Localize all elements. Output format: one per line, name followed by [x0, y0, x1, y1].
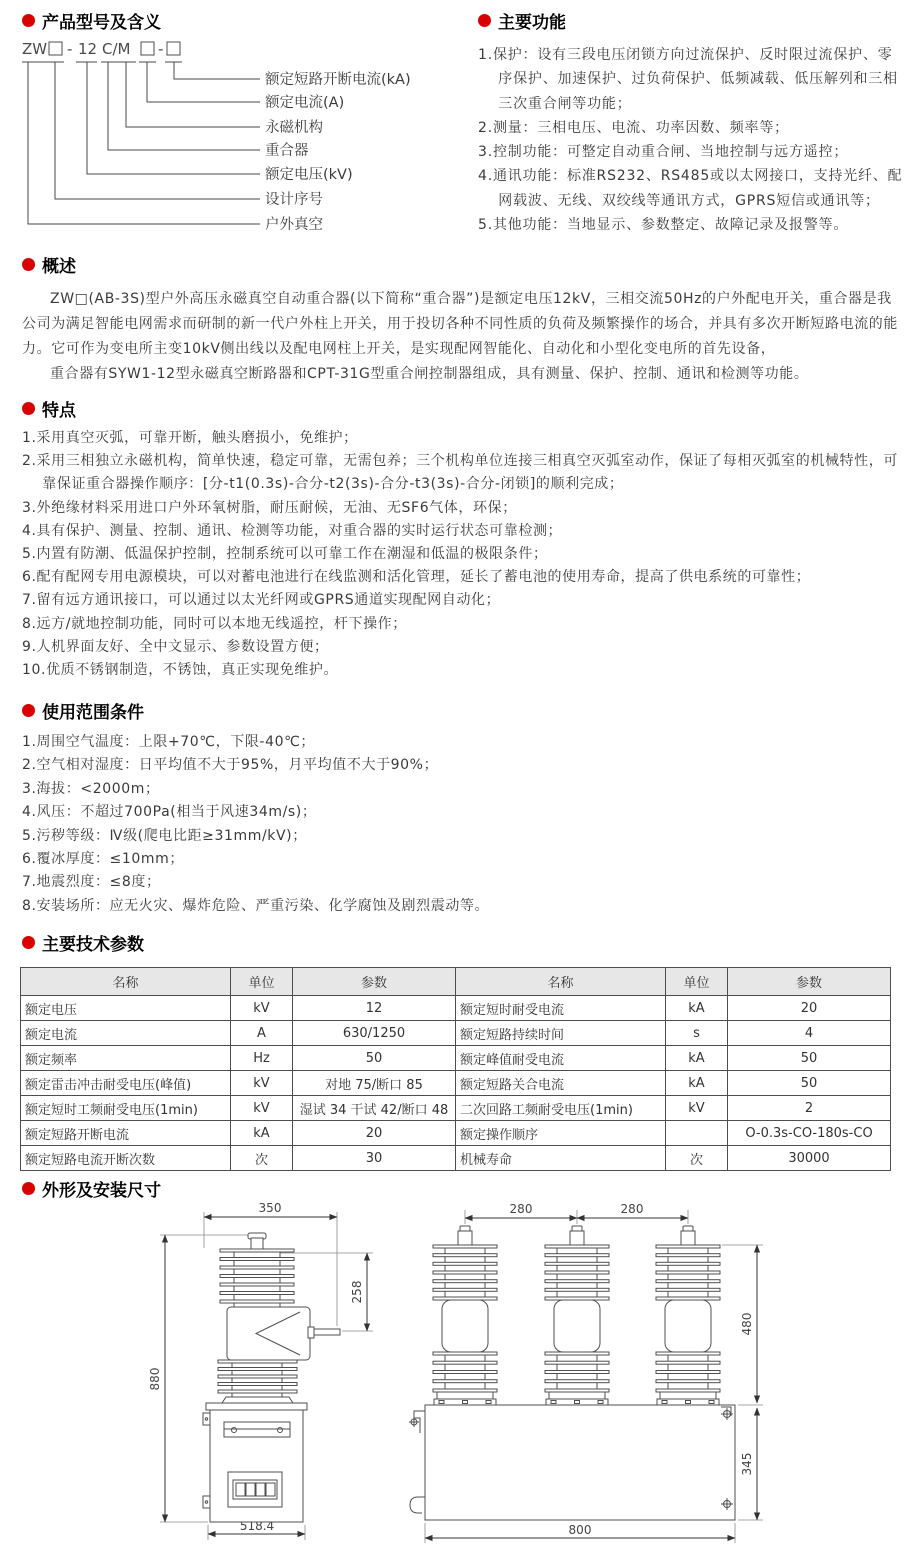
section-overview: 概述 ZW□(AB-3S)型户外高压永磁真空自动重合器(以下简称“重合器”)是额…	[22, 252, 900, 387]
model-label: 永磁机构	[265, 118, 323, 136]
table-row: 额定短路开断电流kA20额定操作顺序O-0.3s-CO-180s-CO	[21, 1121, 891, 1146]
table-row: 额定短路电流开断次数次30机械寿命次30000	[21, 1146, 891, 1171]
list-item: 5.其他功能：当地显示、参数整定、故障记录及报警等。	[478, 213, 906, 237]
section-params: 主要技术参数 名称单位参数名称单位参数 额定电压kV12额定短时耐受电流kA20…	[20, 930, 892, 1171]
table-cell: 2	[728, 1096, 891, 1121]
table-cell: 湿试 34 干试 42/断口 48	[293, 1096, 456, 1121]
table-cell: 额定雷击冲击耐受电压(峰值)	[21, 1071, 231, 1096]
section-features: 特点 1.采用真空灭弧，可靠开断，触头磨损小，免维护；2.采用三相独立永磁机构，…	[22, 396, 904, 682]
list-item: 3.外绝缘材料采用进口户外环氧树脂，耐压耐候，无油、无SF6气体，环保；	[22, 497, 904, 520]
model-leader-lines	[28, 62, 260, 224]
bullet-icon	[478, 14, 491, 27]
section-functions-title: 主要功能	[478, 8, 906, 33]
model-label: 额定电流(A)	[265, 93, 344, 111]
rod-nut	[308, 1327, 314, 1338]
section-dims-title: 外形及安装尺寸	[22, 1176, 902, 1201]
box-flange	[206, 1403, 307, 1410]
table-cell: 4	[728, 1021, 891, 1046]
model-label: 设计序号	[265, 191, 323, 208]
table-cell: kA	[231, 1121, 293, 1146]
table-cell: 50	[728, 1071, 891, 1096]
base-collar	[222, 1397, 293, 1403]
tech-params-table: 名称单位参数名称单位参数 额定电压kV12额定短时耐受电流kA20额定电流A63…	[20, 967, 891, 1171]
list-item: 4.通讯功能：标准RS232、RS485或以太网接口，支持光纤、配网载波、无线、…	[478, 164, 906, 213]
table-row: 额定雷击冲击耐受电压(峰值)kV对地 75/断口 85额定短路关合电流kA50	[21, 1071, 891, 1096]
table-cell: 额定电流	[21, 1021, 231, 1046]
section-functions: 主要功能 1.保护：设有三段电压闭锁方向过流保护、反时限过流保护、零序保护、加速…	[478, 8, 906, 237]
dim-label-pole-height: 258	[350, 1281, 364, 1304]
conditions-list: 1.周围空气温度：上限+70℃，下限-40℃；2.空气相对湿度：日平均值不大于9…	[22, 731, 902, 918]
section-model: 产品型号及含义 ZW - 12 C/M - 额定短路开断电流(kA) 额定电流(…	[22, 8, 458, 248]
dim-label-box-width: 800	[569, 1523, 592, 1537]
list-item: 1.采用真空灭弧，可靠开断，触头磨损小，免维护；	[22, 427, 904, 450]
model-sep2: -	[158, 40, 163, 58]
table-cell: 二次回路工频耐受电压(1min)	[456, 1096, 666, 1121]
table-cell	[666, 1121, 728, 1146]
section-title-text: 主要功能	[498, 8, 566, 33]
list-item: 7.留有远方通讯接口，可以通过以太光纤网或GPRS通道实现配网自动化；	[22, 589, 904, 612]
section-title-text: 主要技术参数	[42, 930, 144, 955]
table-cell: 额定短路电流开断次数	[21, 1146, 231, 1171]
door-hinges	[203, 1413, 210, 1508]
lower-insulator	[218, 1360, 297, 1397]
datasheet-page: { "accent_color": "#d80000", "model_sect…	[0, 0, 910, 1548]
section-model-title: 产品型号及含义	[22, 8, 458, 33]
pole-b	[545, 1226, 609, 1405]
table-cell: 额定峰值耐受电流	[456, 1046, 666, 1071]
placeholder-box	[167, 42, 180, 55]
table-cell: 30000	[728, 1146, 891, 1171]
table-cell: 额定短时耐受电流	[456, 996, 666, 1021]
list-item: 3.控制功能：可整定自动重合闸、当地控制与远方遥控；	[478, 140, 906, 164]
model-sep1: -	[67, 40, 72, 58]
list-item: 6.配有配网专用电源模块，可以对蓄电池进行在线监测和活化管理，延长了蓄电池的使用…	[22, 566, 904, 589]
nameplate-panel	[224, 1422, 290, 1437]
overview-paragraph: 重合器有SYW1-12型永磁真空断路器和CPT-31G型重合闸控制器组成，具有测…	[22, 362, 900, 387]
table-cell: kV	[231, 1071, 293, 1096]
upper-insulator	[220, 1249, 294, 1307]
model-diagram: ZW - 12 C/M - 额定短路开断电流(kA) 额定电流(A) 永磁机构 …	[22, 38, 458, 244]
placeholder-box	[49, 42, 62, 55]
model-label: 额定短路开断电流(kA)	[265, 70, 411, 88]
section-overview-title: 概述	[22, 252, 900, 277]
table-row: 额定频率Hz50额定峰值耐受电流kA50	[21, 1046, 891, 1071]
table-body: 额定电压kV12额定短时耐受电流kA20额定电流A630/1250额定短路持续时…	[21, 996, 891, 1171]
table-header-cell: 单位	[666, 968, 728, 996]
table-cell: 30	[293, 1146, 456, 1171]
table-cell: 50	[293, 1046, 456, 1071]
list-item: 4.风压：不超过700Pa(相当于风速34m/s)；	[22, 801, 902, 824]
list-item: 10.优质不锈钢制造，不锈蚀，真正实现免维护。	[22, 659, 904, 682]
table-cell: 630/1250	[293, 1021, 456, 1046]
mounting-bracket-bottom	[410, 1497, 425, 1513]
bullet-icon	[22, 704, 35, 717]
table-cell: 50	[728, 1046, 891, 1071]
table-cell: 额定短路开断电流	[21, 1121, 231, 1146]
table-cell: Hz	[231, 1046, 293, 1071]
functions-list: 1.保护：设有三段电压闭锁方向过流保护、反时限过流保护、零序保护、加速保护、过负…	[478, 43, 906, 237]
bullet-icon	[22, 258, 35, 271]
table-cell: 12	[293, 996, 456, 1021]
list-item: 5.污秽等级：Ⅳ级(爬电比距≥31mm/kV)；	[22, 825, 902, 848]
list-item: 2.测量：三相电压、电流、功率因数、频率等；	[478, 116, 906, 140]
section-params-title: 主要技术参数	[22, 930, 892, 955]
table-row: 额定电流A630/1250额定短路持续时间s4	[21, 1021, 891, 1046]
model-voltage: 12	[78, 40, 97, 58]
section-title-text: 特点	[42, 396, 76, 421]
operating-rod	[314, 1329, 340, 1335]
bullet-icon	[22, 14, 35, 27]
dim-label-pole-spacing-1: 280	[510, 1202, 533, 1216]
pole-a	[433, 1226, 497, 1405]
overview-paragraph: ZW□(AB-3S)型户外高压永磁真空自动重合器(以下简称“重合器”)是额定电压…	[22, 287, 900, 362]
mounting-bracket-top	[409, 1411, 425, 1433]
list-item: 4.具有保护、测量、控制、通讯、检测等功能，对重合器的实时运行状态可靠检测；	[22, 520, 904, 543]
list-item: 7.地震烈度：≤8度；	[22, 871, 902, 894]
model-prefix: ZW	[22, 40, 47, 58]
table-cell: s	[666, 1021, 728, 1046]
model-label: 重合器	[265, 142, 309, 159]
table-cell: 20	[728, 996, 891, 1021]
list-item: 5.内置有防潮、低温保护控制，控制系统可以可靠工作在潮湿和低温的极限条件；	[22, 543, 904, 566]
table-cell: 额定短路关合电流	[456, 1071, 666, 1096]
table-header-cell: 名称	[456, 968, 666, 996]
top-terminal	[251, 1238, 263, 1249]
front-view-drawing: 280 280 480 345 800	[405, 1200, 780, 1546]
table-row: 额定电压kV12额定短时耐受电流kA20	[21, 996, 891, 1021]
section-title-text: 外形及安装尺寸	[42, 1176, 161, 1201]
recloser-front-body	[409, 1226, 735, 1520]
model-mech: C/M	[102, 40, 130, 58]
table-cell: 额定电压	[21, 996, 231, 1021]
table-header-cell: 参数	[293, 968, 456, 996]
dim-label-total-height: 880	[148, 1368, 162, 1391]
list-item: 1.周围空气温度：上限+70℃，下限-40℃；	[22, 731, 902, 754]
model-label: 额定电压(kV)	[265, 165, 353, 183]
section-dims: 外形及安装尺寸 350 880 258 518.4	[22, 1176, 902, 1546]
table-cell: kA	[666, 1071, 728, 1096]
display-window	[228, 1472, 282, 1507]
list-item: 8.远方/就地控制功能，同时可以本地无线遥控，杆下操作；	[22, 613, 904, 636]
table-cell: kV	[666, 1096, 728, 1121]
table-cell: 额定频率	[21, 1046, 231, 1071]
list-item: 6.覆冰厚度：≤10mm；	[22, 848, 902, 871]
section-title-text: 产品型号及含义	[42, 8, 161, 33]
bullet-icon	[22, 936, 35, 949]
dim-label-pole-spacing-2: 280	[621, 1202, 644, 1216]
table-cell: 次	[231, 1146, 293, 1171]
table-cell: 次	[666, 1146, 728, 1171]
table-cell: A	[231, 1021, 293, 1046]
table-header-cell: 单位	[231, 968, 293, 996]
table-row: 额定短时工频耐受电压(1min)kV湿试 34 干试 42/断口 48二次回路工…	[21, 1096, 891, 1121]
table-header-cell: 名称	[21, 968, 231, 996]
model-label: 户外真空	[265, 215, 323, 233]
recloser-side-body	[203, 1233, 340, 1522]
section-conditions: 使用范围条件 1.周围空气温度：上限+70℃，下限-40℃；2.空气相对湿度：日…	[22, 698, 902, 918]
dim-label-pole-height: 480	[740, 1313, 754, 1336]
table-header-row: 名称单位参数名称单位参数	[21, 968, 891, 996]
overview-text: ZW□(AB-3S)型户外高压永磁真空自动重合器(以下简称“重合器”)是额定电压…	[22, 287, 900, 387]
section-title-text: 使用范围条件	[42, 698, 144, 723]
list-item: 1.保护：设有三段电压闭锁方向过流保护、反时限过流保护、零序保护、加速保护、过负…	[478, 43, 906, 116]
table-cell: 额定短路持续时间	[456, 1021, 666, 1046]
section-features-title: 特点	[22, 396, 904, 421]
table-cell: 对地 75/断口 85	[293, 1071, 456, 1096]
section-conditions-title: 使用范围条件	[22, 698, 902, 723]
list-item: 8.安装场所：应无火灾、爆炸危险、严重污染、化学腐蚀及剧烈震动等。	[22, 895, 902, 918]
table-cell: kA	[666, 1046, 728, 1071]
table-cell: O-0.3s-CO-180s-CO	[728, 1121, 891, 1146]
bullet-icon	[22, 402, 35, 415]
table-cell: 额定短时工频耐受电压(1min)	[21, 1096, 231, 1121]
features-list: 1.采用真空灭弧，可靠开断，触头磨损小，免维护；2.采用三相独立永磁机构，简单快…	[22, 427, 904, 682]
table-cell: 机械寿命	[456, 1146, 666, 1171]
section-title-text: 概述	[42, 252, 76, 277]
dim-label-box-height: 345	[740, 1453, 754, 1476]
table-cell: kV	[231, 996, 293, 1021]
list-item: 3.海拔：<2000m；	[22, 778, 902, 801]
dim-label-top-width: 350	[259, 1201, 282, 1215]
table-cell: kV	[231, 1096, 293, 1121]
list-item: 2.空气相对湿度：日平均值不大于95%，月平均值不大于90%；	[22, 754, 902, 777]
table-cell: kA	[666, 996, 728, 1021]
placeholder-box	[141, 42, 154, 55]
list-item: 9.人机界面友好、全中文显示、参数设置方便；	[22, 636, 904, 659]
table-cell: 20	[293, 1121, 456, 1146]
table-header-cell: 参数	[728, 968, 891, 996]
list-item: 2.采用三相独立永磁机构，简单快速，稳定可靠，无需包养；三个机构单位连接三相真空…	[22, 450, 904, 496]
pole-c	[656, 1226, 720, 1405]
table-cell: 额定操作顺序	[456, 1121, 666, 1146]
control-box	[425, 1405, 735, 1520]
bullet-icon	[22, 1182, 35, 1195]
mechanism-housing	[227, 1307, 340, 1360]
